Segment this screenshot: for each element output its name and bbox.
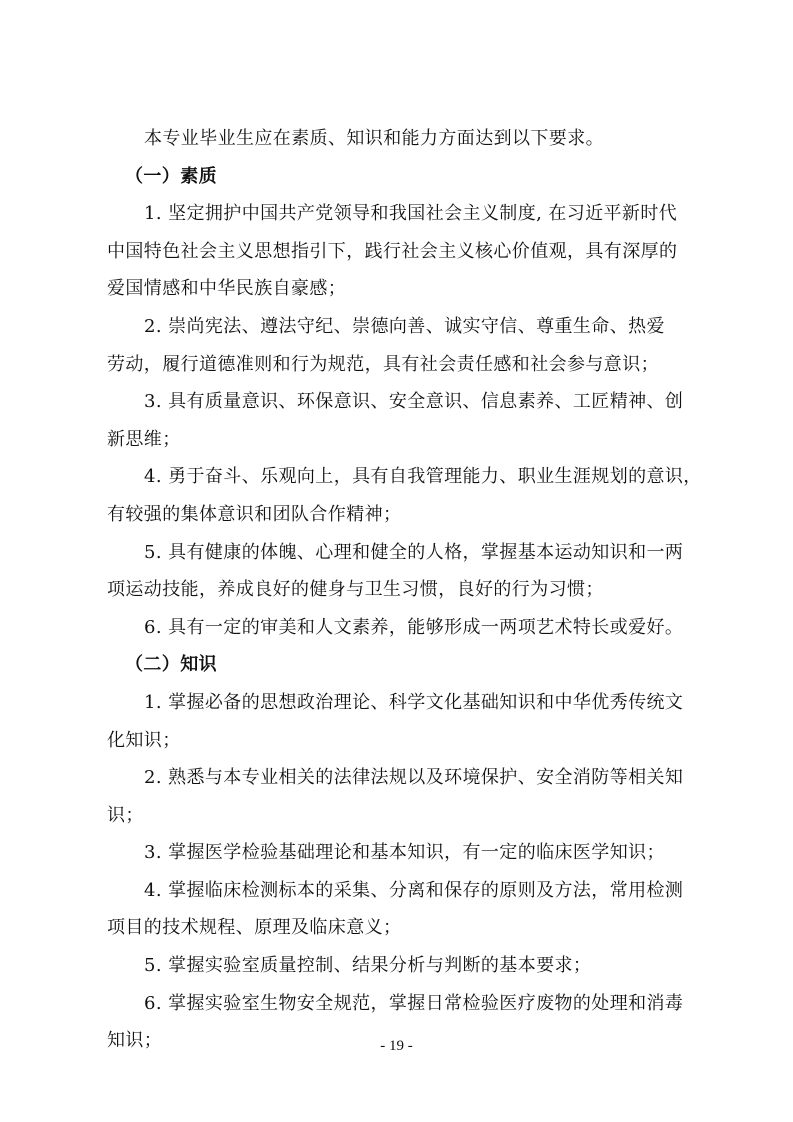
section-heading-knowledge: （二）知识 bbox=[107, 646, 687, 684]
knowledge-item-5-line-1: 5. 掌握实验室质量控制、结果分析与判断的基本要求； bbox=[107, 947, 687, 985]
quality-item-4-line-1: 4. 勇于奋斗、乐观向上，具有自我管理能力、职业生涯规划的意识， bbox=[107, 458, 687, 496]
quality-item-3-line-2: 新思维； bbox=[107, 421, 687, 459]
knowledge-item-6-line-1: 6. 掌握实验室生物安全规范，掌握日常检验医疗废物的处理和消毒 bbox=[107, 985, 687, 1023]
quality-item-2-line-1: 2. 崇尚宪法、遵法守纪、崇德向善、诚实守信、尊重生命、热爱 bbox=[107, 308, 687, 346]
knowledge-item-1-line-1: 1. 掌握必备的思想政治理论、科学文化基础知识和中华优秀传统文 bbox=[107, 684, 687, 722]
quality-item-1-line-3: 爱国情感和中华民族自豪感； bbox=[107, 270, 687, 308]
knowledge-item-2-line-1: 2. 熟悉与本专业相关的法律法规以及环境保护、安全消防等相关知 bbox=[107, 759, 687, 797]
intro-paragraph: 本专业毕业生应在素质、知识和能力方面达到以下要求。 bbox=[107, 120, 687, 158]
knowledge-item-4-line-1: 4. 掌握临床检测标本的采集、分离和保存的原则及方法，常用检测 bbox=[107, 872, 687, 910]
quality-item-6-line-1: 6. 具有一定的审美和人文素养，能够形成一两项艺术特长或爱好。 bbox=[107, 609, 687, 647]
section-heading-quality: （一）素质 bbox=[107, 158, 687, 196]
quality-item-2-line-2: 劳动，履行道德准则和行为规范，具有社会责任感和社会参与意识； bbox=[107, 346, 687, 384]
quality-item-3-line-1: 3. 具有质量意识、环保意识、安全意识、信息素养、工匠精神、创 bbox=[107, 383, 687, 421]
knowledge-item-1-line-2: 化知识； bbox=[107, 722, 687, 760]
quality-item-1-line-1: 1. 坚定拥护中国共产党领导和我国社会主义制度, 在习近平新时代 bbox=[107, 195, 687, 233]
page-content: 本专业毕业生应在素质、知识和能力方面达到以下要求。 （一）素质 1. 坚定拥护中… bbox=[107, 120, 687, 1060]
quality-item-1-line-2: 中国特色社会主义思想指引下，践行社会主义核心价值观，具有深厚的 bbox=[107, 233, 687, 271]
knowledge-item-2-line-2: 识； bbox=[107, 797, 687, 835]
page-number: - 19 - bbox=[0, 1038, 793, 1055]
knowledge-item-4-line-2: 项目的技术规程、原理及临床意义； bbox=[107, 909, 687, 947]
document-page: 本专业毕业生应在素质、知识和能力方面达到以下要求。 （一）素质 1. 坚定拥护中… bbox=[0, 0, 793, 1122]
quality-item-5-line-1: 5. 具有健康的体魄、心理和健全的人格，掌握基本运动知识和一两 bbox=[107, 534, 687, 572]
quality-item-5-line-2: 项运动技能，养成良好的健身与卫生习惯，良好的行为习惯； bbox=[107, 571, 687, 609]
knowledge-item-3-line-1: 3. 掌握医学检验基础理论和基本知识，有一定的临床医学知识； bbox=[107, 834, 687, 872]
quality-item-4-line-2: 有较强的集体意识和团队合作精神； bbox=[107, 496, 687, 534]
